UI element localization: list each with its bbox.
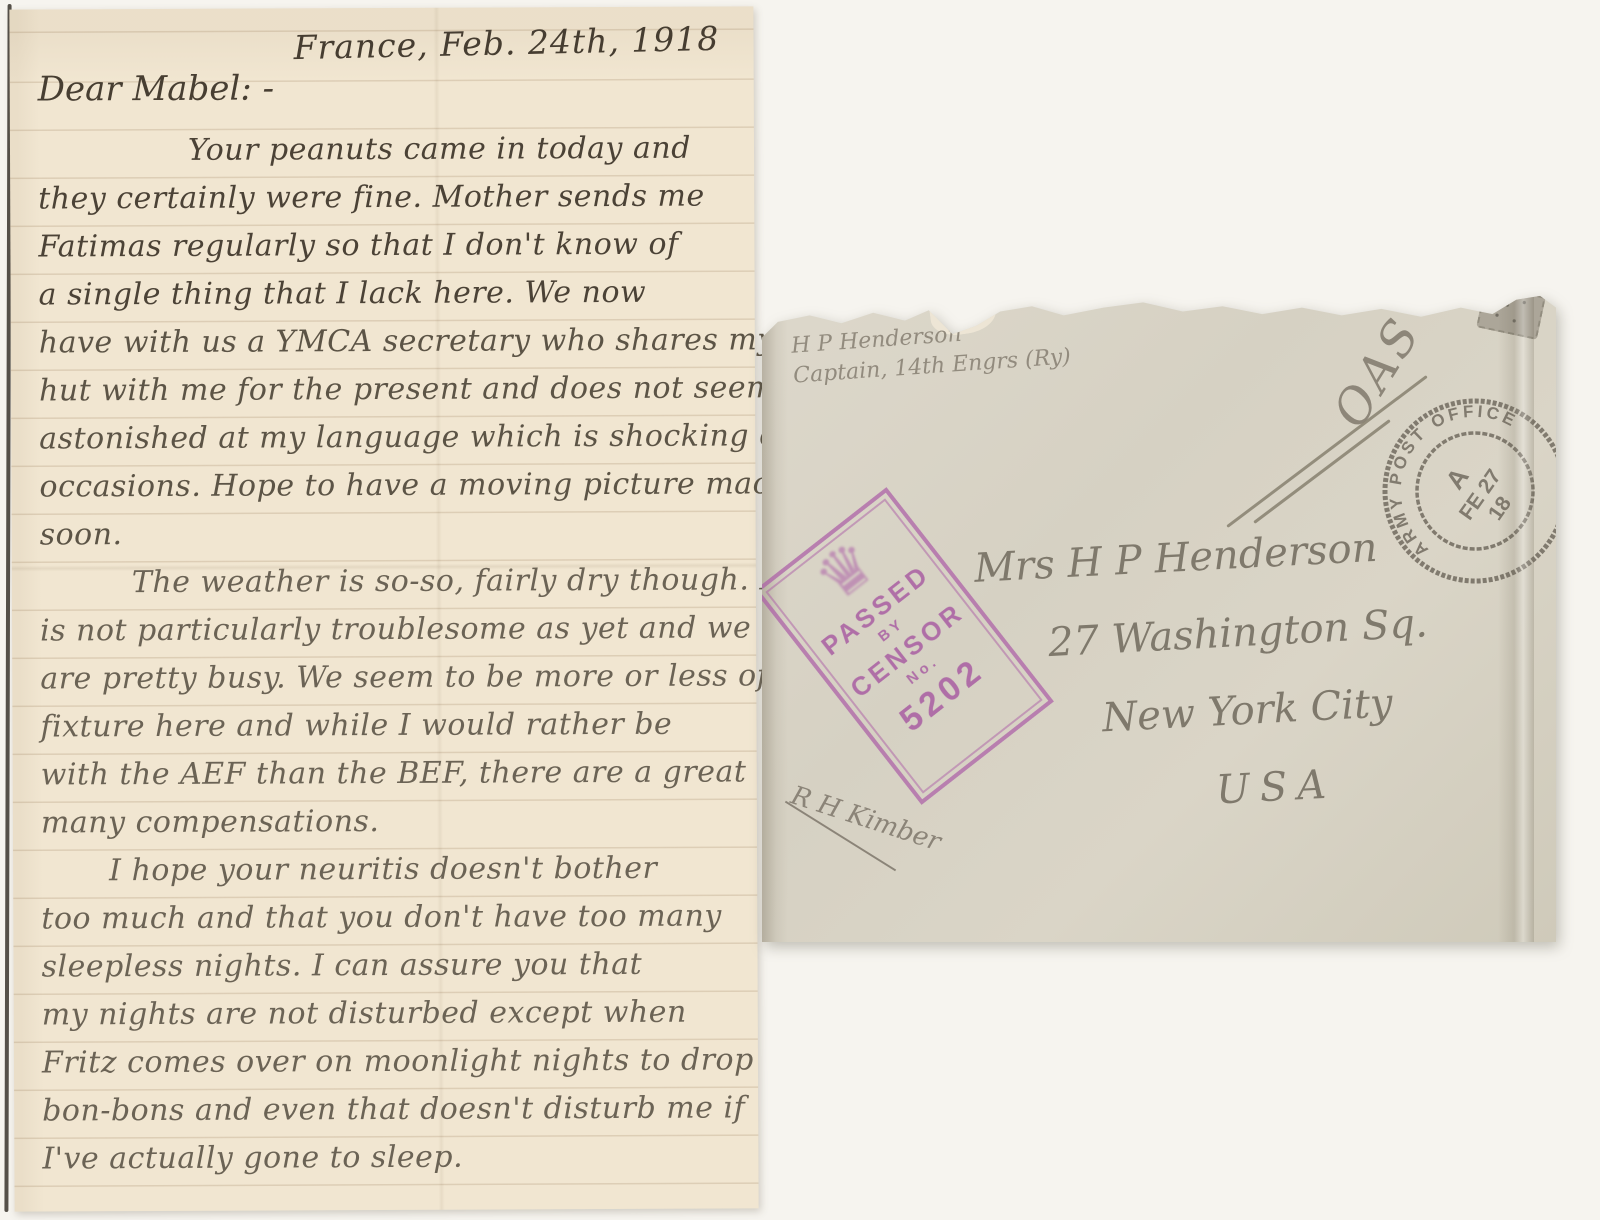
scanned-letter-and-envelope: France, Feb. 24th, 1918 Dear Mabel: - Yo… (0, 0, 1600, 1220)
letter-line: Fritz comes over on moonlight nights to … (14, 1036, 758, 1087)
letter-line: soon. (12, 508, 756, 559)
letter-line: The weather is so-so, fairly dry though.… (12, 556, 756, 607)
censor-stamp-no-label: No. (903, 652, 943, 689)
letter-line: sleepless nights. I can assure you that (13, 940, 757, 991)
postage-stamp-remnant (1476, 284, 1546, 340)
letter-line: bon-bons and even that doesn't disturb m… (14, 1084, 758, 1135)
letter-line: too much and that you don't have too man… (13, 892, 757, 943)
censor-stamp-by: BY (874, 614, 908, 647)
letter-line: hut with me for the present and does not… (11, 364, 755, 415)
letter-line: Your peanuts came in today and (10, 124, 754, 175)
envelope-wrap: H P Henderson Captain, 14th Engrs (Ry) O… (762, 292, 1556, 942)
letter-sheet: France, Feb. 24th, 1918 Dear Mabel: - Yo… (9, 6, 758, 1211)
letter-line: astonished at my language which is shock… (11, 412, 755, 463)
letter-line: with the AEF than the BEF, there are a g… (13, 748, 757, 799)
letter-line: many compensations. (13, 796, 757, 847)
return-address: H P Henderson Captain, 14th Engrs (Ry) (790, 312, 1072, 391)
letter-line: my nights are not disturbed except when (14, 988, 758, 1039)
letter-line: occasions. Hope to have a moving picture… (11, 460, 755, 511)
letter-line: is not particularly troublesome as yet a… (12, 604, 756, 655)
letter-line: a single thing that I lack here. We now (11, 268, 755, 319)
crown-icon: ♛ (803, 528, 887, 614)
letter-line: are pretty busy. We seem to be more or l… (12, 652, 756, 703)
letter-line: I hope your neuritis doesn't bother (13, 844, 757, 895)
letter-dateline: France, Feb. 24th, 1918 (293, 19, 720, 67)
censor-stamp-number: 5202 (891, 648, 993, 740)
letter-body: Your peanuts came in today and they cert… (10, 124, 759, 1183)
letter-line: Fatimas regularly so that I don't know o… (10, 220, 754, 271)
letter-line: fixture here and while I would rather be (12, 700, 756, 751)
letter-line: they certainly were fine. Mother sends m… (10, 172, 754, 223)
letter-line: I've actually gone to sleep. (14, 1132, 758, 1183)
envelope-address: Mrs H P Henderson 27 Washington Sq. New … (972, 506, 1438, 841)
address-line-4: USA (1214, 740, 1438, 829)
letter-salutation: Dear Mabel: - (38, 68, 274, 109)
letter-line: have with us a YMCA secretary who shares… (11, 316, 755, 367)
envelope: H P Henderson Captain, 14th Engrs (Ry) O… (762, 292, 1556, 942)
censor-stamp-censor: CENSOR (844, 596, 971, 705)
